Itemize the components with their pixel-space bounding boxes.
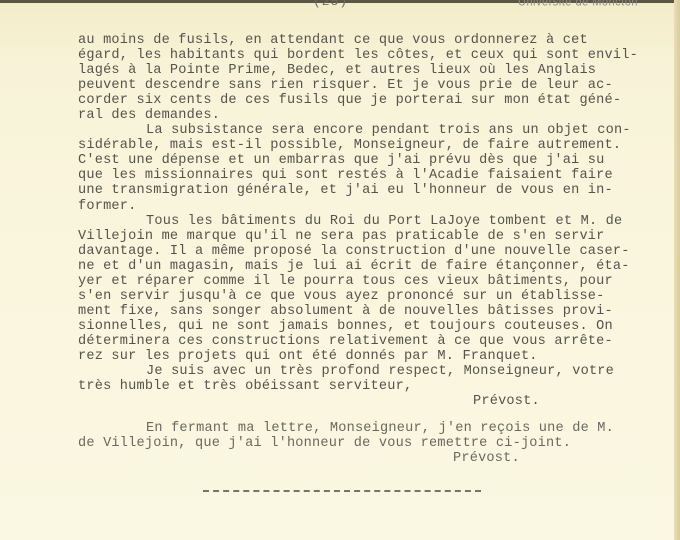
letter-body: au moins de fusils, en attendant ce que … (78, 33, 678, 409)
body-text-line: rez sur les projets qui ont été donnés p… (78, 349, 678, 364)
body-text-line: une transmigration générale, et j'ai eu … (78, 183, 678, 198)
body-text-line: ral des demandes. (78, 108, 678, 123)
body-text-line: sionnelles, qui ne sont jamais bonnes, e… (78, 319, 678, 334)
body-text-line: former. (78, 199, 678, 214)
body-text-line: davantage. Il a même proposé la construc… (78, 244, 678, 259)
body-text-line: ne et d'un magasin, mais je lui ai écrit… (78, 259, 678, 274)
document-page: (25) Université de Moncton au moins de f… (0, 0, 680, 540)
body-text-line: yer et réparer comme il le pourra tous c… (78, 274, 678, 289)
body-text-line: corder six cents de ces fusils que je po… (78, 93, 678, 108)
body-text-line: déterminera ces constructions relativeme… (78, 334, 678, 349)
postscript-text-line: En fermant ma lettre, Monseigneur, j'en … (78, 421, 614, 436)
archive-stamp: Université de Moncton (518, 0, 638, 9)
body-text-line: lagés à la Pointe Prime, Bedec, et autre… (78, 63, 678, 78)
body-text-line: Prévost. (78, 394, 678, 409)
end-divider (203, 490, 481, 492)
letter-postscript: En fermant ma lettre, Monseigneur, j'en … (78, 421, 614, 466)
postscript-text-line: de Villejoin, que j'ai l'honneur de vous… (78, 436, 614, 451)
body-text-line: que les missionnaires qui sont restés à … (78, 168, 678, 183)
body-text-line: C'est une dépense et un embarras que j'a… (78, 153, 678, 168)
body-text-line: Tous les bâtiments du Roi du Port LaJoye… (78, 214, 678, 229)
body-text-line: sidérable, mais est-il possible, Monseig… (78, 138, 678, 153)
body-text-line: Villejoin me marque qu'il ne sera pas pr… (78, 229, 678, 244)
body-text-line: La subsistance sera encore pendant trois… (78, 123, 678, 138)
body-text-line: ment fixe, sans songer absolument à de n… (78, 304, 678, 319)
body-text-line: très humble et très obéissant serviteur, (78, 379, 678, 394)
postscript-text-line: Prévost. (78, 451, 614, 466)
body-text-line: s'en servir jusqu'à ce que vous ayez pro… (78, 289, 678, 304)
body-text-line: égard, les habitants qui bordent les côt… (78, 48, 678, 63)
page-number: (25) (313, 0, 348, 9)
body-text-line: peuvent descendre sans rien risquer. Et … (78, 78, 678, 93)
body-text-line: Je suis avec un très profond respect, Mo… (78, 364, 678, 379)
body-text-line: au moins de fusils, en attendant ce que … (78, 33, 678, 48)
